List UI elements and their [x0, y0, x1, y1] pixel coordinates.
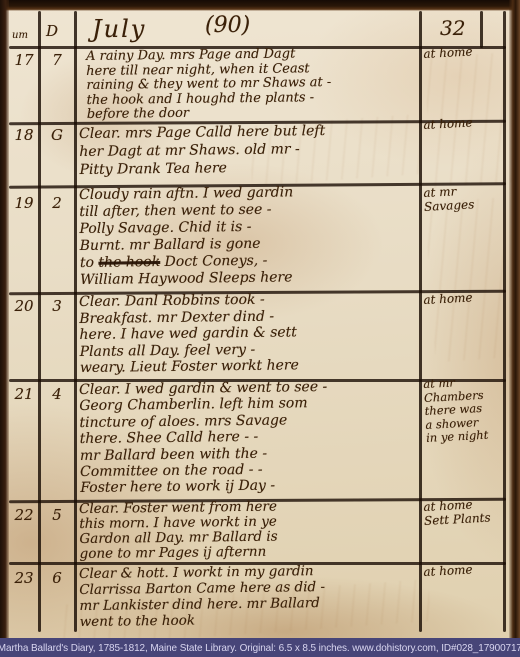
- diary-entry-july-21: Clear. I wed gardin & went to see - Geor…: [79, 379, 329, 497]
- diary-entry-july-17: A rainy Day. mrs Page and Dagt here till…: [86, 47, 332, 123]
- entry-line: weary. Lieut Foster workt here: [80, 358, 299, 377]
- caption-bar: Martha Ballard's Diary, 1785-1812, Maine…: [0, 638, 520, 657]
- column-rule: [419, 11, 422, 632]
- struck-words: the hook: [98, 254, 160, 271]
- year-heading: (90): [205, 13, 250, 38]
- entry-line: her Dagt at mr Shaws. old mr -: [79, 140, 325, 161]
- entry-line: before the door: [87, 105, 332, 123]
- header-column2-mark: D: [46, 22, 58, 40]
- weekday-number: 5: [42, 506, 72, 524]
- diary-entry-july-22: Clear. Foster went from here this morn. …: [79, 500, 278, 562]
- page-top-edge: [0, 0, 520, 11]
- weekday-number: 2: [42, 194, 72, 212]
- entry-line: Georg Chamberlin. left him som: [79, 395, 327, 414]
- diary-entry-july-18: Clear. mrs Page Calld here but left her …: [79, 122, 326, 179]
- diary-scan: um D July (90) 32 17 18 19 20 21 22 23 7…: [0, 0, 520, 657]
- diary-entry-july-19: Cloudy rain aftn. I wed gardin till afte…: [79, 184, 294, 289]
- month-heading: July: [92, 15, 146, 43]
- diary-entry-july-23: Clear & hott. I workt in my gardin Clarr…: [79, 563, 325, 630]
- page-number: 32: [440, 16, 465, 40]
- day-number: 21: [10, 385, 38, 403]
- weekday-number: 7: [42, 51, 72, 69]
- strike-prefix: to: [80, 255, 99, 271]
- day-number: 20: [10, 297, 38, 315]
- day-number: 18: [10, 126, 38, 144]
- day-number: 23: [10, 569, 38, 587]
- column-rule: [74, 11, 77, 632]
- entry-line: here. I have wed gardin & sett: [79, 325, 298, 344]
- entry-line: went to the hook: [80, 611, 326, 630]
- caption-text: Martha Ballard's Diary, 1785-1812, Maine…: [0, 642, 520, 654]
- entry-line: Foster here to work ij Day -: [80, 477, 328, 496]
- column-rule: [38, 11, 41, 632]
- column-rule: [503, 11, 506, 632]
- margin-note: at mr Chambers there was a shower in ye …: [423, 373, 514, 445]
- entry-line: till after, then went to see -: [79, 201, 293, 221]
- margin-note: at home Sett Plants: [423, 495, 512, 528]
- weekday-number: 3: [42, 297, 72, 315]
- entry-line: William Haywood Sleeps here: [80, 269, 294, 289]
- day-number: 22: [10, 506, 38, 524]
- margin-note: at home: [423, 113, 512, 132]
- entry-line: Pitty Drank Tea here: [79, 158, 325, 179]
- entry-line: gone to mr Pages ij afternn: [80, 545, 278, 562]
- page-left-edge: [0, 0, 9, 638]
- weekday-number: 4: [42, 385, 72, 403]
- weekday-number: G: [42, 126, 72, 144]
- column-rule: [480, 11, 483, 48]
- diary-entry-july-20: Clear. Danl Robbins took - Breakfast. mr…: [79, 291, 299, 377]
- strike-suffix: Doct Coneys, -: [160, 253, 267, 270]
- header-column1-mark: um: [12, 30, 28, 41]
- page-right-edge: [509, 0, 520, 638]
- bleedthrough-texture: [425, 198, 511, 363]
- margin-note-line: at home: [423, 113, 512, 132]
- day-number: 17: [10, 51, 38, 69]
- entry-line: mr Lankister dind here. mr Ballard: [79, 595, 325, 614]
- diary-page: um D July (90) 32 17 18 19 20 21 22 23 7…: [0, 0, 520, 638]
- day-number: 19: [10, 194, 38, 212]
- margin-note: at mr Savages: [423, 181, 512, 214]
- margin-note-line: in ye night: [426, 427, 515, 445]
- weekday-number: 6: [42, 569, 72, 587]
